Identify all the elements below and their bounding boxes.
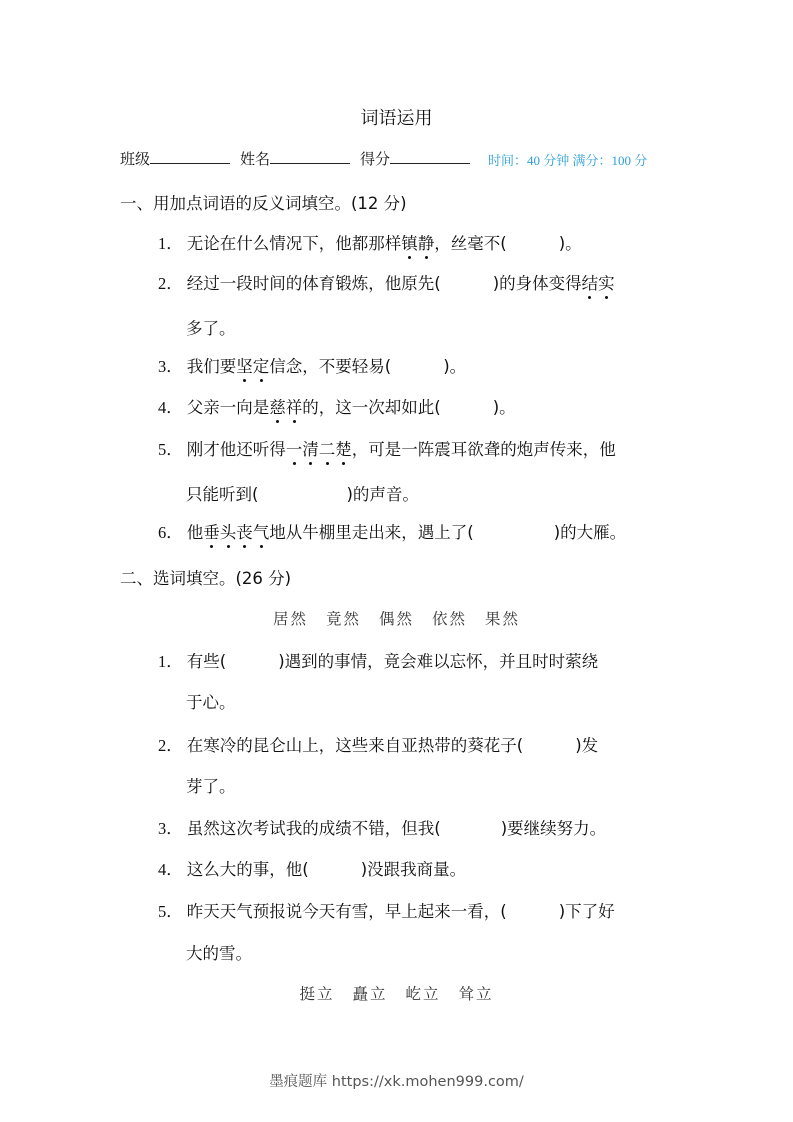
- choice-word: 居然: [273, 610, 308, 628]
- question-text: 虽然这次考试我的成绩不错，但我(: [187, 819, 441, 838]
- question-text: 地从牛棚里走出来，遇上了(: [269, 523, 473, 542]
- choice-word: 竟然: [326, 610, 361, 628]
- dotted-word: 坚定: [236, 357, 269, 376]
- s2-question-5-cont: 大的雪。: [186, 940, 252, 964]
- time-score-info: 时间：40 分钟 满分：100 分: [488, 150, 647, 169]
- question-text: ，可是一阵震耳欲聋的炮声传来，他: [352, 440, 616, 459]
- choice-word: 偶然: [379, 610, 414, 628]
- question-text: )的声音。: [346, 485, 418, 504]
- dotted-word: 镇静: [401, 234, 434, 253]
- name-field[interactable]: 姓名: [240, 148, 350, 169]
- score-field[interactable]: 得分: [360, 148, 470, 169]
- class-label: 班级: [120, 150, 150, 168]
- s2-question-2: 2．在寒冷的昆仑山上，这些来自亚热带的葵花子()发: [158, 732, 598, 756]
- s1-question-2-cont: 多了。: [186, 315, 236, 339]
- s2-question-1: 1．有些()遇到的事情，竟会难以忘怀，并且时时萦绕: [158, 648, 598, 672]
- question-text: 只能听到(: [186, 485, 258, 504]
- question-text: )。: [559, 234, 582, 253]
- choice-word: 果然: [485, 610, 520, 628]
- question-text: 他: [187, 523, 204, 542]
- question-number: 1．: [158, 234, 183, 253]
- s2-question-1-cont: 于心。: [186, 689, 236, 713]
- choice-word: 挺立: [299, 985, 334, 1003]
- question-text: )的身体变得: [493, 274, 582, 293]
- question-text: )发: [575, 736, 598, 755]
- question-text: 经过一段时间的体育锻炼，他原先(: [187, 274, 441, 293]
- question-number: 2．: [158, 274, 183, 293]
- dotted-word: 结实: [582, 274, 615, 293]
- question-number: 5．: [158, 902, 183, 921]
- s1-question-3: 3．我们要坚定信念，不要轻易()。: [158, 353, 466, 377]
- s1-question-4: 4．父亲一向是慈祥的，这一次却如此()。: [158, 394, 516, 418]
- question-number: 1．: [158, 652, 183, 671]
- s1-question-5-cont: 只能听到()的声音。: [186, 481, 419, 505]
- s1-question-2: 2．经过一段时间的体育锻炼，他原先()的身体变得结实: [158, 270, 615, 294]
- question-text: 我们要: [187, 357, 237, 376]
- s2-question-2-cont: 芽了。: [186, 773, 236, 797]
- question-number: 6．: [158, 523, 183, 542]
- section2-heading: 二、选词填空。(26 分): [120, 565, 291, 589]
- question-text: 这么大的事，他(: [187, 860, 309, 879]
- question-text: )要继续努力。: [501, 819, 606, 838]
- s2-question-3: 3．虽然这次考试我的成绩不错，但我()要继续努力。: [158, 815, 606, 839]
- dotted-word: 垂头丧气: [203, 523, 269, 542]
- question-number: 2．: [158, 736, 183, 755]
- choice-word: 矗立: [352, 985, 387, 1003]
- name-blank[interactable]: [270, 149, 350, 164]
- question-text: 昨天天气预报说今天有雪，早上起来一看，(: [187, 902, 507, 921]
- question-text: )。: [443, 357, 466, 376]
- score-label: 得分: [360, 150, 390, 168]
- choice-word: 耸立: [459, 985, 494, 1003]
- dotted-word: 一清二楚: [286, 440, 352, 459]
- footer-watermark: 墨痕题库 https://xk.mohen999.com/: [0, 1070, 793, 1091]
- s1-question-6: 6．他垂头丧气地从牛棚里走出来，遇上了()的大雁。: [158, 519, 626, 543]
- question-number: 5．: [158, 440, 183, 459]
- s1-question-5: 5．刚才他还听得一清二楚，可是一阵震耳欲聋的炮声传来，他: [158, 436, 616, 460]
- s2-question-4: 4．这么大的事，他()没跟我商量。: [158, 856, 466, 880]
- question-text: )遇到的事情，竟会难以忘怀，并且时时萦绕: [278, 652, 598, 671]
- question-number: 4．: [158, 860, 183, 879]
- question-text: ，丝毫不(: [434, 234, 506, 253]
- question-text: 父亲一向是: [187, 398, 270, 417]
- choice-word: 依然: [432, 610, 467, 628]
- score-blank[interactable]: [390, 149, 470, 164]
- s2-question-5: 5．昨天天气预报说今天有雪，早上起来一看，()下了好: [158, 898, 615, 922]
- word-choices-a: 居然竟然偶然依然果然: [0, 607, 793, 629]
- question-text: 信念，不要轻易(: [269, 357, 391, 376]
- class-field[interactable]: 班级: [120, 148, 230, 169]
- question-number: 3．: [158, 357, 183, 376]
- word-choices-b: 挺立矗立屹立耸立: [0, 982, 793, 1004]
- question-text: 在寒冷的昆仑山上，这些来自亚热带的葵花子(: [187, 736, 523, 755]
- s1-question-1: 1．无论在什么情况下，他都那样镇静，丝毫不()。: [158, 230, 582, 254]
- question-text: )。: [493, 398, 516, 417]
- question-number: 4．: [158, 398, 183, 417]
- dotted-word: 慈祥: [269, 398, 302, 417]
- question-text: 的，这一次却如此(: [302, 398, 440, 417]
- page-title: 词语运用: [0, 104, 793, 130]
- question-text: )的大雁。: [554, 523, 626, 542]
- question-text: )下了好: [559, 902, 615, 921]
- question-text: 无论在什么情况下，他都那样: [187, 234, 402, 253]
- question-text: )没跟我商量。: [361, 860, 466, 879]
- question-text: 刚才他还听得: [187, 440, 286, 459]
- section1-heading: 一、用加点词语的反义词填空。(12 分): [120, 190, 407, 214]
- class-blank[interactable]: [150, 149, 230, 164]
- name-label: 姓名: [240, 150, 270, 168]
- choice-word: 屹立: [406, 985, 441, 1003]
- question-text: 有些(: [187, 652, 226, 671]
- question-number: 3．: [158, 819, 183, 838]
